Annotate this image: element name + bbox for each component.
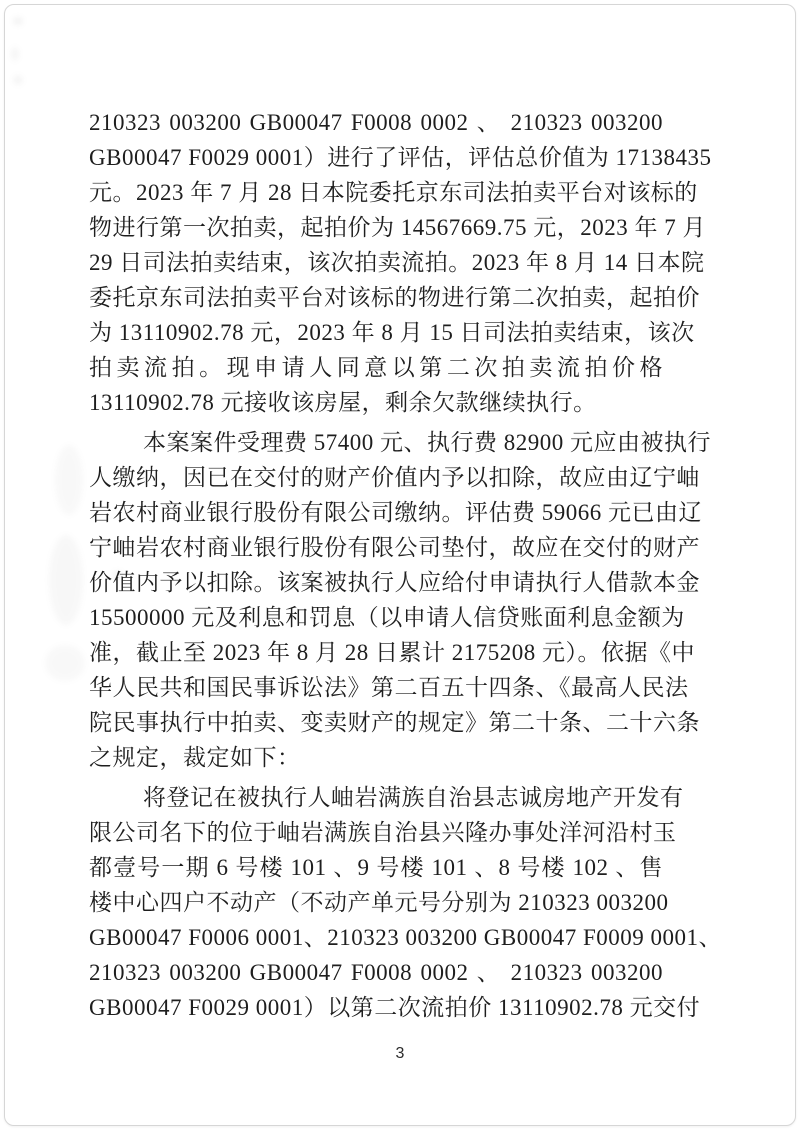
- text-line: 价值内予以扣除。该案被执行人应给付申请执行人借款本金: [89, 565, 663, 600]
- text-line: 华人民共和国民事诉讼法》第二百五十四条、《最高人民法: [89, 670, 663, 705]
- text-line: 210323 003200 GB00047 F0008 0002 、 21032…: [89, 105, 663, 140]
- text-line: GB00047 F0029 0001）以第二次流拍价 13110902.78 元…: [89, 990, 663, 1025]
- scan-smudge: [55, 445, 83, 515]
- text-line: 为 13110902.78 元，2023 年 8 月 15 日司法拍卖结束，该次: [89, 315, 663, 350]
- text-line: 本案案件受理费 57400 元、执行费 82900 元应由被执行: [89, 425, 663, 460]
- text-line: 13110902.78 元接收该房屋，剩余欠款继续执行。: [89, 385, 663, 420]
- text-line: 委托京东司法拍卖平台对该标的物进行第二次拍卖，起拍价: [89, 280, 663, 315]
- document-page: 210323 003200 GB00047 F0008 0002 、 21032…: [4, 4, 796, 1126]
- scan-smudge: [13, 17, 23, 25]
- paragraph-fees-and-ruling-basis: 本案案件受理费 57400 元、执行费 82900 元应由被执行 人缴纳，因已在…: [89, 425, 663, 775]
- text-line: 准，截止至 2023 年 8 月 28 日累计 2175208 元）。依据《中: [89, 635, 663, 670]
- text-line: 之规定，裁定如下：: [89, 740, 663, 775]
- text-line: 宁岫岩农村商业银行股份有限公司垫付，故应在交付的财产: [89, 530, 663, 565]
- text-line: 15500000 元及利息和罚息（以申请人信贷账面利息金额为: [89, 600, 663, 635]
- text-line: 物进行第一次拍卖，起拍价为 14567669.75 元，2023 年 7 月: [89, 210, 663, 245]
- scan-smudge: [49, 535, 83, 625]
- page-number: 3: [5, 1045, 795, 1063]
- text-line: GB00047 F0029 0001）进行了评估，评估总价值为 17138435: [89, 140, 663, 175]
- text-line: 岩农村商业银行股份有限公司缴纳。评估费 59066 元已由辽: [89, 495, 663, 530]
- paragraph-auction-history: 210323 003200 GB00047 F0008 0002 、 21032…: [89, 105, 663, 420]
- paragraph-ruling-order: 将登记在被执行人岫岩满族自治县志诚房地产开发有 限公司名下的位于岫岩满族自治县兴…: [89, 780, 663, 1025]
- text-line: 210323 003200 GB00047 F0008 0002 、 21032…: [89, 955, 663, 990]
- text-line: 人缴纳，因已在交付的财产价值内予以扣除，故应由辽宁岫: [89, 460, 663, 495]
- text-line: 29 日司法拍卖结束，该次拍卖流拍。2023 年 8 月 14 日本院: [89, 245, 663, 280]
- document-body-text: 210323 003200 GB00047 F0008 0002 、 21032…: [89, 105, 663, 1025]
- text-line: GB00047 F0006 0001、210323 003200 GB00047…: [89, 920, 663, 955]
- text-line: 元。2023 年 7 月 28 日本院委托京东司法拍卖平台对该标的: [89, 175, 663, 210]
- scan-smudge: [11, 47, 19, 61]
- text-line: 楼中心四户不动产（不动产单元号分别为 210323 003200: [89, 885, 663, 920]
- text-line: 都壹号一期 6 号楼 101 、9 号楼 101 、8 号楼 102 、售: [89, 850, 663, 885]
- scan-smudge: [13, 75, 23, 85]
- scan-smudge: [45, 645, 85, 681]
- text-line: 院民事执行中拍卖、变卖财产的规定》第二十条、二十六条: [89, 705, 663, 740]
- text-line: 限公司名下的位于岫岩满族自治县兴隆办事处洋河沿村玉: [89, 815, 663, 850]
- text-line: 将登记在被执行人岫岩满族自治县志诚房地产开发有: [89, 780, 663, 815]
- text-line: 拍卖流拍。现申请人同意以第二次拍卖流拍价格: [89, 350, 663, 385]
